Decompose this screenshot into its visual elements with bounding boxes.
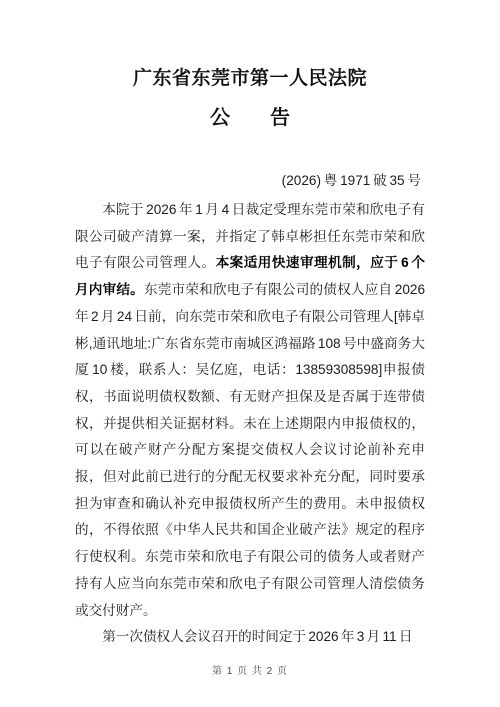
document-title: 公 告: [75, 105, 425, 131]
paragraph-meeting-notice: 第一次债权人会议召开的时间定于 2026 年 3 月 11 日: [75, 624, 425, 651]
court-name-title: 广东省东莞市第一人民法院: [75, 66, 425, 92]
case-number: (2026) 粤 1971 破 35 号: [75, 172, 425, 190]
page-footer: 第 1 页 共 2 页: [0, 665, 500, 679]
page-number: 第 1 页 共 2 页: [212, 666, 288, 677]
paragraph-main: 本院于 2026 年 1 月 4 日裁定受理东莞市荣和欣电子有限公司破产清算一案…: [75, 197, 425, 624]
paragraph-main-rest: 东莞市荣和欣电子有限公司的债权人应自 2026 年 2 月 24 日前，向东莞市…: [75, 282, 425, 617]
announcement-body: 本院于 2026 年 1 月 4 日裁定受理东莞市荣和欣电子有限公司破产清算一案…: [75, 197, 425, 651]
announcement-page: 广东省东莞市第一人民法院 公 告 (2026) 粤 1971 破 35 号 本院…: [0, 0, 500, 707]
